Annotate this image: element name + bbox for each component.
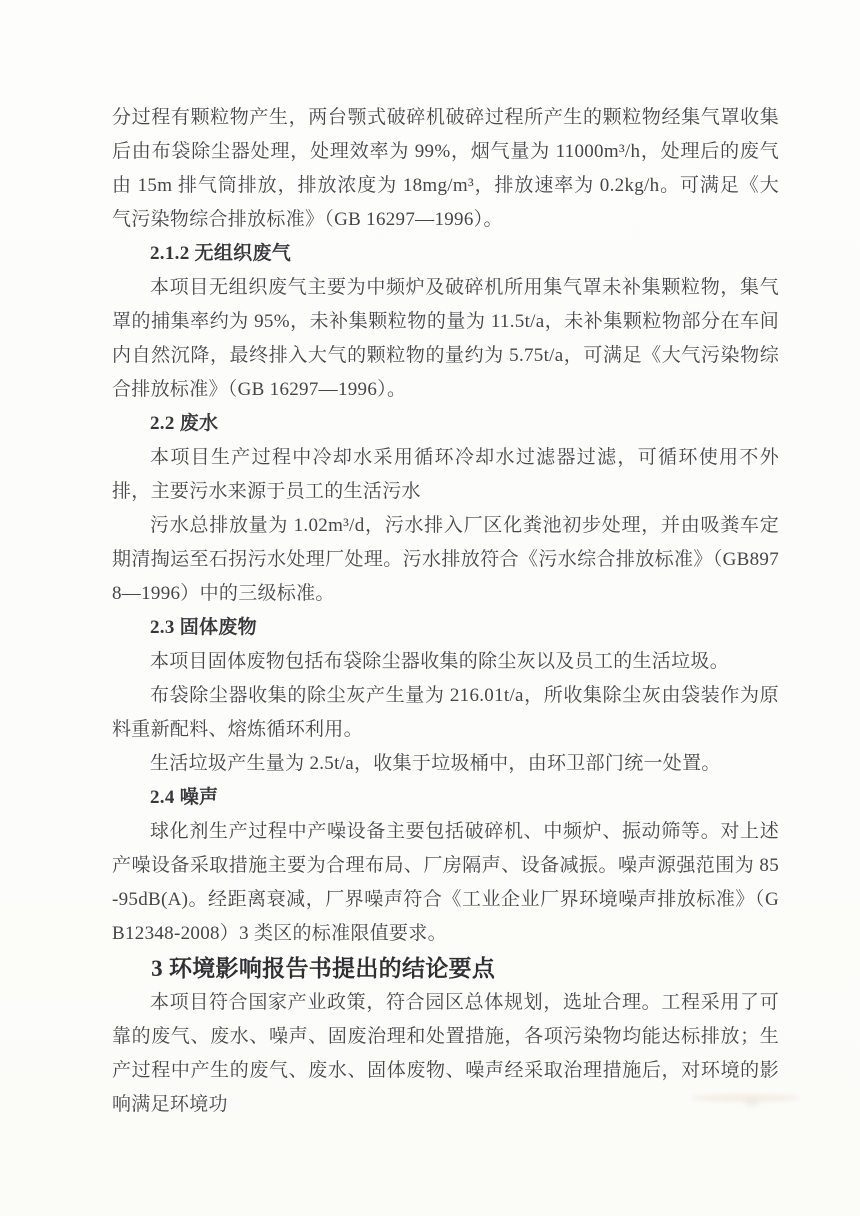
- heading-2-3-solid-waste: 2.3 固体废物: [112, 611, 779, 645]
- para-wastewater-discharge: 污水总排放量为 1.02m³/d，污水排入厂区化粪池初步处理，并由吸粪车定期清掏…: [112, 509, 779, 611]
- document-page: 分过程有颗粒物产生，两台颚式破碎机破碎过程所产生的颗粒物经集气罩收集后由布袋除尘…: [0, 0, 860, 1216]
- para-conclusions: 本项目符合国家产业政策，符合园区总体规划，选址合理。工程采用了可靠的废气、废水、…: [112, 986, 779, 1122]
- para-domestic-garbage: 生活垃圾产生量为 2.5t/a，收集于垃圾桶中，由环卫部门统一处置。: [112, 747, 779, 781]
- heading-3-conclusions: 3 环境影响报告书提出的结论要点: [112, 951, 779, 986]
- para-noise: 球化剂生产过程中产噪设备主要包括破碎机、中频炉、振动筛等。对上述产噪设备采取措施…: [112, 815, 779, 951]
- heading-2-1-2-fugitive-waste-gas: 2.1.2 无组织废气: [112, 237, 779, 271]
- heading-2-2-wastewater: 2.2 废水: [112, 407, 779, 441]
- para-dust-recycling: 布袋除尘器收集的除尘灰产生量为 216.01t/a，所收集除尘灰由袋装作为原料重…: [112, 679, 779, 747]
- para-fugitive-waste-gas: 本项目无组织废气主要为中频炉及破碎机所用集气罩未补集颗粒物，集气罩的捕集率约为 …: [112, 271, 779, 407]
- heading-2-4-noise: 2.4 噪声: [112, 781, 779, 815]
- para-wastewater-source: 本项目生产过程中冷却水采用循环冷却水过滤器过滤，可循环使用不外排，主要污水来源于…: [112, 441, 779, 509]
- document-content: 分过程有颗粒物产生，两台颚式破碎机破碎过程所产生的颗粒物经集气罩收集后由布袋除尘…: [112, 101, 779, 1122]
- para-organized-waste-gas-continuation: 分过程有颗粒物产生，两台颚式破碎机破碎过程所产生的颗粒物经集气罩收集后由布袋除尘…: [112, 101, 779, 237]
- para-solid-waste-overview: 本项目固体废物包括布袋除尘器收集的除尘灰以及员工的生活垃圾。: [112, 645, 779, 679]
